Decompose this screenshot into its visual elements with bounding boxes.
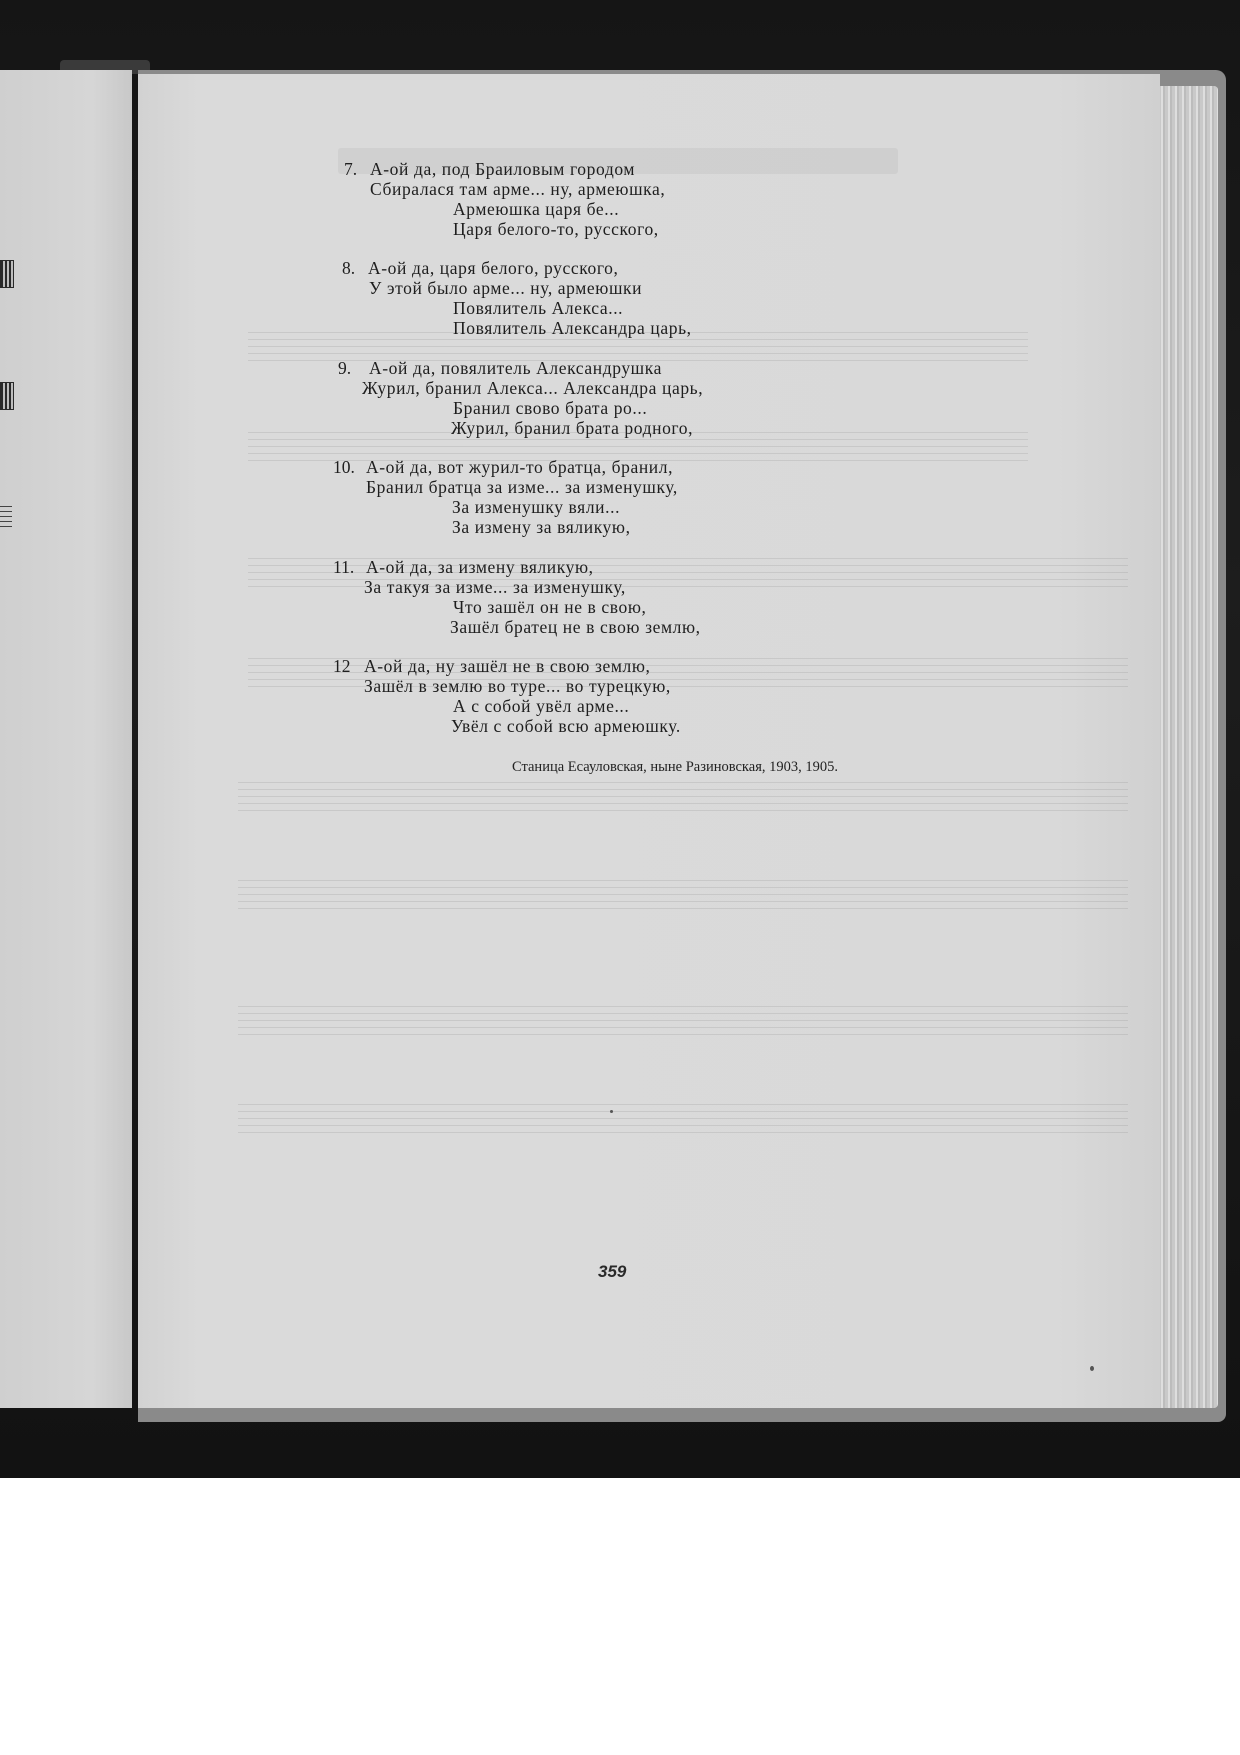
verse-number: 12 xyxy=(333,656,351,677)
verse-line: Что зашёл он не в свою, xyxy=(453,597,647,618)
music-staff-fragment xyxy=(0,506,12,530)
verse-line: А-ой да, ну зашёл не в свою землю, xyxy=(364,656,651,677)
page-block-edge xyxy=(1158,86,1218,1408)
verse-line: Бранил свово брата ро... xyxy=(453,398,647,419)
verse-line: Журил, бранил брата родного, xyxy=(451,418,693,439)
source-attribution: Станица Есауловская, ныне Разиновская, 1… xyxy=(512,759,838,776)
verse-number: 11. xyxy=(333,557,354,578)
verse-line: Зашёл в землю во туре... во турецкую, xyxy=(364,676,671,697)
verse-line: Повялитель Алекса... xyxy=(453,298,623,319)
music-notation-fragment xyxy=(0,382,14,410)
verse-number: 10. xyxy=(333,457,355,478)
right-page xyxy=(138,74,1160,1408)
verse-line: За измену за вяликую, xyxy=(452,517,631,538)
verse-line: Армеюшка царя бе... xyxy=(453,199,619,220)
verse-line: А-ой да, за измену вяликую, xyxy=(366,557,594,578)
verse-line: Царя белого-то, русского, xyxy=(453,219,659,240)
verse-line: За изменушку вяли... xyxy=(452,497,620,518)
show-through-staff xyxy=(238,782,1128,812)
show-through-staff xyxy=(238,880,1128,910)
show-through-staff xyxy=(238,1006,1128,1036)
verse-line: Бранил братца за изме... за изменушку, xyxy=(366,477,678,498)
verse-number: 9. xyxy=(338,358,351,379)
verse-line: А-ой да, царя белого, русского, xyxy=(368,258,618,279)
verse-number: 7. xyxy=(344,159,357,180)
scan-speck xyxy=(610,1110,613,1113)
left-page xyxy=(0,70,132,1408)
verse-line: А-ой да, повялитель Александрушка xyxy=(369,358,662,379)
verse-line: За такуя за изме... за изменушку, xyxy=(364,577,626,598)
show-through-staff xyxy=(238,1104,1128,1134)
verse-line: Увёл с собой всю армеюшку. xyxy=(451,716,681,737)
verse-line: А-ой да, под Браиловым городом xyxy=(370,159,635,180)
verse-line: А-ой да, вот журил-то братца, бранил, xyxy=(366,457,673,478)
verse-line: Журил, бранил Алекса... Александра царь, xyxy=(362,378,703,399)
verse-line: Сбиралася там арме... ну, армеюшка, xyxy=(370,179,665,200)
scan-speck xyxy=(1090,1366,1094,1371)
verse-line: Зашёл братец не в свою землю, xyxy=(450,617,701,638)
verse-line: Повялитель Александра царь, xyxy=(453,318,692,339)
verse-line: А с собой увёл арме... xyxy=(453,696,629,717)
page-number: 359 xyxy=(598,1262,626,1282)
verse-number: 8. xyxy=(342,258,355,279)
verse-line: У этой было арме... ну, армеюшки xyxy=(369,278,642,299)
music-notation-fragment xyxy=(0,260,14,288)
